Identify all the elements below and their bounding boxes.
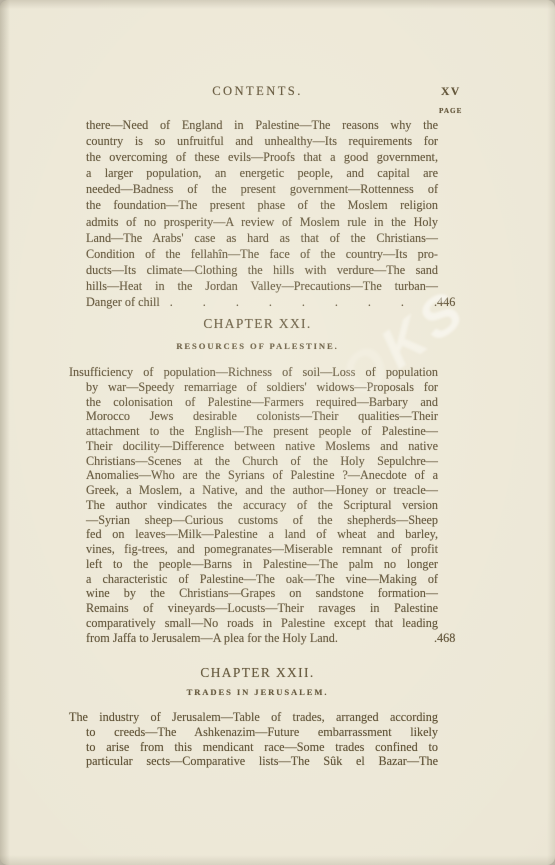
entry-line: Insufficiency of population—Richness of … <box>69 365 438 380</box>
chapter-22-heading: CHAPTER XXII. <box>70 665 445 681</box>
entry-line: Their docility—Difference between native… <box>86 439 438 454</box>
entry-line: wine by the Christians—Grapes on sandsto… <box>86 586 438 601</box>
scanned-book-page: OKS CONTENTS. XV PAGE there—Need of Engl… <box>0 0 555 865</box>
entry-page-number: 446 <box>437 294 463 310</box>
entry-line: Anomalies—Who are the Syrians of Palesti… <box>86 468 438 483</box>
entry-line: ducts—Its climate—Clothing the hills wit… <box>86 262 438 278</box>
entry-line: The industry of Jerusalem—Table of trade… <box>69 710 438 725</box>
entry-line: Greek, a Moslem, a Native, and the autho… <box>86 483 438 498</box>
chapter-21-summary: Insufficiency of population—Richness of … <box>86 365 438 645</box>
entry-line: the colonisation of Palestine—Farmers re… <box>86 395 438 410</box>
folio-page-number: XV <box>441 85 461 98</box>
entry-page-number: 468 <box>437 631 463 646</box>
dot-leaders: . . . . . . . . . <box>160 294 437 310</box>
dot-leaders: . . <box>335 631 437 646</box>
entry-line: fed on leaves—Milk—Palestine a land of w… <box>86 527 438 542</box>
entry-line: country is so unfruitful and unhealthy—I… <box>86 133 438 149</box>
entry-line: Land—The Arabs' case as hard as that of … <box>86 230 438 246</box>
entry-line: the overcoming of these evils—Proofs tha… <box>86 149 438 165</box>
page-column-label: PAGE <box>439 107 462 115</box>
entry-line: —Syrian sheep—Curious customs of the she… <box>86 513 438 528</box>
entry-line: to creeds—The Ashkenazim—Future embarras… <box>86 725 438 740</box>
entry-line: admits of no prosperity—A review of Mosl… <box>86 214 438 230</box>
chapter-22-summary: The industry of Jerusalem—Table of trade… <box>86 710 438 769</box>
entry-line: hills—Heat in the Jordan Valley—Precauti… <box>86 278 438 294</box>
entry-line: particular sects—Comparative lists—The S… <box>86 754 438 769</box>
entry-line: vines, fig-trees, and pomegranates—Miser… <box>86 542 438 557</box>
entry-line: comparatively small—No roads in Palestin… <box>86 616 438 631</box>
leader-text: from Jaffa to Jerusalem—A plea for the H… <box>86 631 335 646</box>
entry-line: Condition of the fellahîn—The face of th… <box>86 246 438 262</box>
entry-line: there—Need of England in Palestine—The r… <box>86 117 438 133</box>
leader-text: Danger of chill <box>86 294 160 310</box>
entry-line: by war—Speedy remarriage of soldiers' wi… <box>86 380 438 395</box>
entry-line: attachment to the English—The present pe… <box>86 424 438 439</box>
chapter-21-subheading: RESOURCES OF PALESTINE. <box>70 341 445 351</box>
entry-line: The author vindicates the accuracy of th… <box>86 498 438 513</box>
chapter-22-subheading: TRADES IN JERUSALEM. <box>70 687 445 697</box>
entry-leader-line: Danger of chill . . . . . . . . . 446 <box>86 294 463 310</box>
entry-line: left to the people—Barns in Palestine—Th… <box>86 557 438 572</box>
entry-line: Remains of vineyards—Locusts—Their ravag… <box>86 601 438 616</box>
entry-line: a characteristic of Palestine—The oak—Th… <box>86 572 438 587</box>
entry-line: the foundation—The present phase of the … <box>86 197 438 213</box>
entry-line: Christians—Scenes at the Church of the H… <box>86 454 438 469</box>
chapter-21-heading: CHAPTER XXI. <box>70 316 445 332</box>
entry-line: needed—Badness of the present government… <box>86 181 438 197</box>
entry-line: to arise from this mendicant race—Some t… <box>86 740 438 755</box>
entry-line: a larger population, an energetic people… <box>86 165 438 181</box>
entry-leader-line: from Jaffa to Jerusalem—A plea for the H… <box>86 631 463 646</box>
contents-entry-continuation: there—Need of England in Palestine—The r… <box>86 117 438 310</box>
entry-line: Morocco Jews desirable colonists—Their q… <box>86 409 438 424</box>
running-head: CONTENTS. <box>70 84 445 99</box>
